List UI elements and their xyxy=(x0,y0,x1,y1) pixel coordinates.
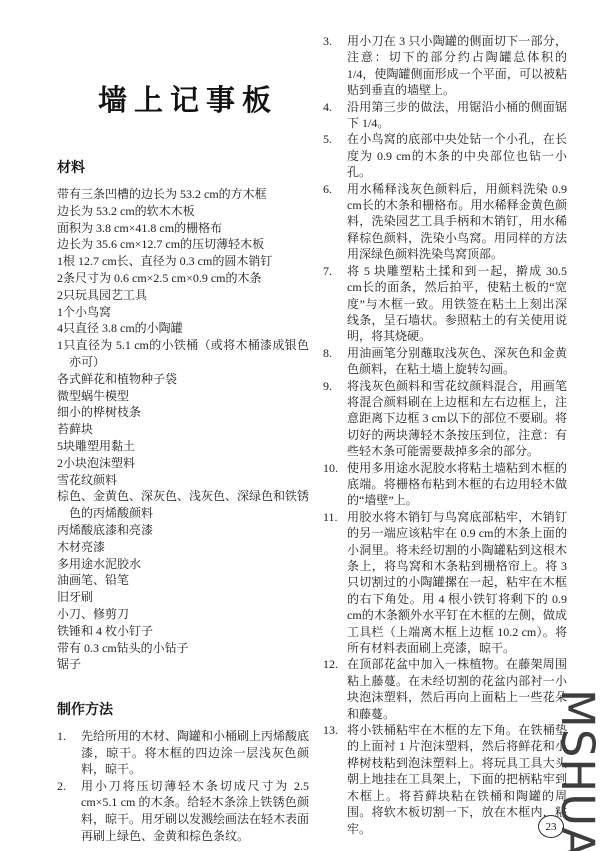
material-item: 丙烯酸底漆和亮漆 xyxy=(57,522,309,539)
material-item: 旧牙刷 xyxy=(57,589,309,606)
step-number: 6. xyxy=(323,181,347,197)
method-step: 1. 先给所用的木材、陶罐和小桶刷上丙烯酸底漆，晾干。将木框的四边涂一层浅灰色颜… xyxy=(57,728,309,778)
step-text: 在顶部花盆中加入一株植物。在藤架周围粘上藤蔓。在未经切割的花盆内部衬一小块泡沫塑… xyxy=(347,656,567,722)
material-item: 面积为 3.8 cm×41.8 cm的栅格布 xyxy=(57,220,309,237)
material-item: 边长为 35.6 cm×12.7 cm的压切薄轻木板 xyxy=(57,236,309,253)
method-steps-left: 1. 先给所用的木材、陶罐和小桶刷上丙烯酸底漆，晾干。将木框的四边涂一层浅灰色颜… xyxy=(57,728,309,844)
material-item: 2小块泡沫塑料 xyxy=(57,455,309,472)
material-item: 边长为 53.2 cm的软木木板 xyxy=(57,203,309,220)
material-item: 1个小鸟窝 xyxy=(57,304,309,321)
left-column: 墙上记事板 材料 带有三条凹槽的边长为 53.2 cm的方木框边长为 53.2 … xyxy=(57,58,309,844)
step-number: 4. xyxy=(323,99,347,115)
method-step: 8. 用油画笔分别蘸取浅灰色、深灰色和金黄色颜料，在粘土墙上旋转勾画。 xyxy=(323,345,567,378)
step-number: 3. xyxy=(323,33,347,49)
material-item: 2条尺寸为 0.6 cm×2.5 cm×0.9 cm的木条 xyxy=(57,270,309,287)
material-item: 油画笔、铅笔 xyxy=(57,572,309,589)
materials-list: 带有三条凹槽的边长为 53.2 cm的方木框边长为 53.2 cm的软木木板面积… xyxy=(57,186,309,673)
material-item: 小刀、修剪刀 xyxy=(57,606,309,623)
material-item: 细小的桦树枝条 xyxy=(57,404,309,421)
material-item: 1根 12.7 cm长、直径为 0.3 cm的圆木销钉 xyxy=(57,253,309,270)
step-text: 用小刀在 3 只小陶罐的侧面切下一部分，注意：切下的部分约占陶罐总体积的 1/4… xyxy=(347,33,567,99)
material-item: 4只直径 3.8 cm的小陶罐 xyxy=(57,320,309,337)
material-item: 苔藓块 xyxy=(57,421,309,438)
method-step: 13. 将小铁桶粘牢在木框的左下角。在铁桶垫的上面衬 1 片泡沫塑料，然后将鲜花… xyxy=(323,722,567,837)
method-step: 11. 用胶水将木销钉与鸟窝底部粘牢，木销钉的另一端应该粘牢在 0.9 cm的木… xyxy=(323,509,567,657)
method-step: 5. 在小鸟窝的底部中央处钻一个小孔，在长度为 0.9 cm的木条的中央部位也钻… xyxy=(323,131,567,180)
step-number: 9. xyxy=(323,378,347,394)
step-text: 先给所用的木材、陶罐和小桶刷上丙烯酸底漆，晾干。将木框的四边涂一层浅灰色颜料，晾… xyxy=(81,728,309,778)
watermark-text: MSHUA xyxy=(555,689,600,851)
method-step: 6. 用水稀释浅灰色颜料后，用颜料洗染 0.9 cm长的木条和栅格布。用水稀释金… xyxy=(323,181,567,263)
material-item: 带有三条凹槽的边长为 53.2 cm的方木框 xyxy=(57,186,309,203)
material-item: 各式鲜花和植物种子袋 xyxy=(57,371,309,388)
step-text: 用水稀释浅灰色颜料后，用颜料洗染 0.9 cm长的木条和栅格布。用水稀释金黄色颜… xyxy=(347,181,567,263)
step-number: 12. xyxy=(323,656,347,672)
step-number: 8. xyxy=(323,345,347,361)
material-item: 棕色、金黄色、深灰色、浅灰色、深绿色和铁锈色的丙烯酸颜料 xyxy=(57,488,309,522)
method-step: 9. 将浅灰色颜料和雪花纹颜料混合，用画笔将混合颜料刷在上边框和左右边框上，注意… xyxy=(323,378,567,460)
method-heading: 制作方法 xyxy=(57,699,309,719)
material-item: 1只直径为 5.1 cm的小铁桶（或将木桶漆成银色亦可） xyxy=(57,337,309,371)
right-column: 3. 用小刀在 3 只小陶罐的侧面切下一部分，注意：切下的部分约占陶罐总体积的 … xyxy=(323,33,567,837)
page-title: 墙上记事板 xyxy=(67,78,309,119)
step-number: 10. xyxy=(323,460,347,476)
method-step: 10. 使用多用途水泥胶水将粘土墙粘到木框的底端。将栅格布粘到木框的右边用轻木做… xyxy=(323,460,567,509)
step-text: 将小铁桶粘牢在木框的左下角。在铁桶垫的上面衬 1 片泡沫塑料，然后将鲜花和小桦树… xyxy=(347,722,567,837)
step-number: 11. xyxy=(323,509,347,525)
material-item: 多用途水泥胶水 xyxy=(57,556,309,573)
method-step: 2. 用小刀将压切薄轻木条切成尺寸为 2.5 cm×5.1 cm 的木条。给轻木… xyxy=(57,778,309,844)
step-text: 用小刀将压切薄轻木条切成尺寸为 2.5 cm×5.1 cm 的木条。给轻木条涂上… xyxy=(81,778,309,844)
step-text: 使用多用途水泥胶水将粘土墙粘到木框的底端。将栅格布粘到木框的右边用轻木做的“墙壁… xyxy=(347,460,567,509)
material-item: 木材亮漆 xyxy=(57,539,309,556)
step-number: 13. xyxy=(323,722,347,738)
material-item: 雪花纹颜料 xyxy=(57,472,309,489)
step-text: 沿用第三步的做法，用锯沿小桶的侧面锯下 1/4。 xyxy=(347,99,567,132)
material-item: 2只玩具园艺工具 xyxy=(57,287,309,304)
material-item: 铁锤和 4 枚小钉子 xyxy=(57,623,309,640)
material-item: 微型蜗牛模型 xyxy=(57,388,309,405)
method-step: 3. 用小刀在 3 只小陶罐的侧面切下一部分，注意：切下的部分约占陶罐总体积的 … xyxy=(323,33,567,99)
step-number: 7. xyxy=(323,263,347,279)
material-item: 锯子 xyxy=(57,656,309,673)
step-number: 1. xyxy=(57,728,81,745)
document-page: 墙上记事板 材料 带有三条凹槽的边长为 53.2 cm的方木框边长为 53.2 … xyxy=(0,0,602,851)
step-text: 在小鸟窝的底部中央处钻一个小孔，在长度为 0.9 cm的木条的中央部位也钻一小孔… xyxy=(347,131,567,180)
method-step: 7. 将 5 块雕塑粘土揉和到一起，擀成 30.5 cm长的面条，然后拍平，使粘… xyxy=(323,263,567,345)
step-text: 将浅灰色颜料和雪花纹颜料混合，用画笔将混合颜料刷在上边框和左右边框上，注意距离下… xyxy=(347,378,567,460)
step-text: 将 5 块雕塑粘土揉和到一起，擀成 30.5 cm长的面条，然后拍平，使粘土板的… xyxy=(347,263,567,345)
material-item: 5块雕塑用黏土 xyxy=(57,438,309,455)
materials-heading: 材料 xyxy=(57,157,309,177)
step-number: 2. xyxy=(57,778,81,795)
method-step: 4. 沿用第三步的做法，用锯沿小桶的侧面锯下 1/4。 xyxy=(323,99,567,132)
material-item: 带有 0.3 cm钻头的小钻子 xyxy=(57,640,309,657)
step-text: 用油画笔分别蘸取浅灰色、深灰色和金黄色颜料，在粘土墙上旋转勾画。 xyxy=(347,345,567,378)
step-text: 用胶水将木销钉与鸟窝底部粘牢，木销钉的另一端应该粘牢在 0.9 cm的木条上面的… xyxy=(347,509,567,657)
method-steps-right: 3. 用小刀在 3 只小陶罐的侧面切下一部分，注意：切下的部分约占陶罐总体积的 … xyxy=(323,33,567,837)
method-step: 12. 在顶部花盆中加入一株植物。在藤架周围粘上藤蔓。在未经切割的花盆内部衬一小… xyxy=(323,656,567,722)
step-number: 5. xyxy=(323,131,347,147)
